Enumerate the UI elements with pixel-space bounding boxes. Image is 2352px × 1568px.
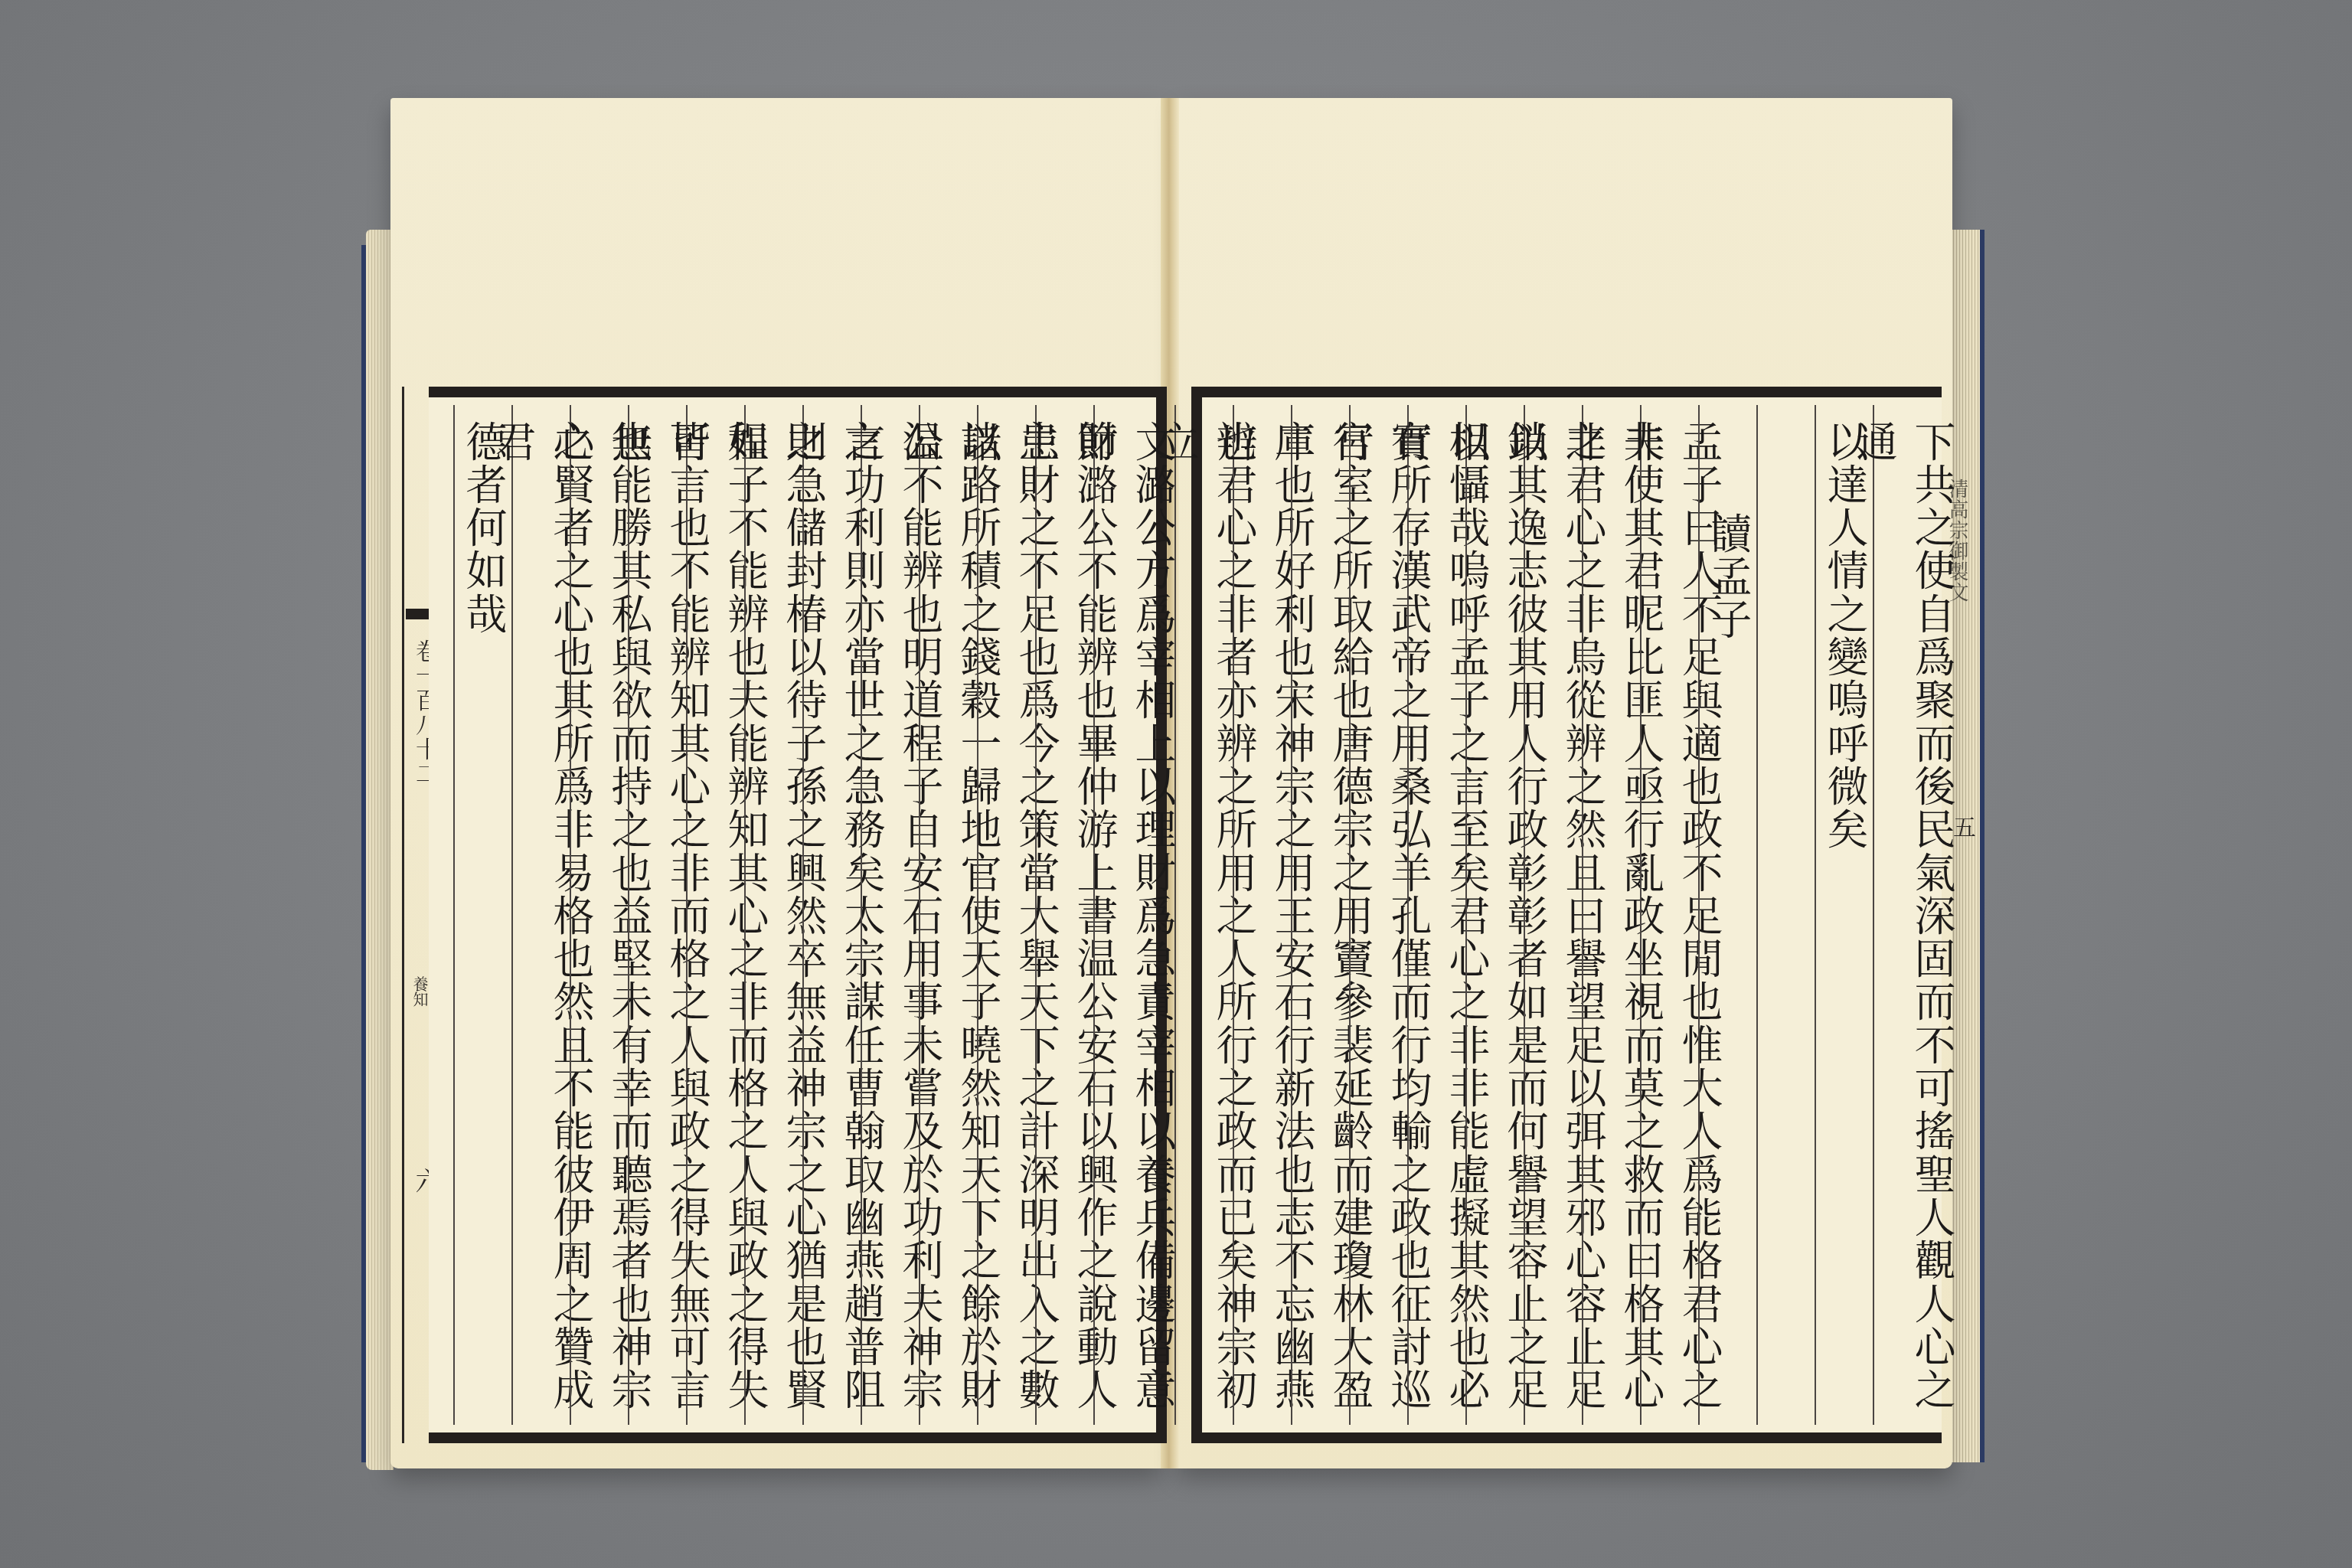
blank-column: [1756, 405, 1815, 1425]
open-book: 卷一百八十二 養知 六 文潞公方爲宰相上以理財爲急責宰相以養兵備邊留意節 財潞公…: [0, 0, 2352, 1568]
text-column: 孟子曰人不足與適也政不足閒也惟大人爲能格君心之非: [1640, 405, 1698, 1425]
right-page-margin: 清高宗御製文 五: [1942, 387, 1972, 1443]
left-text-columns: 文潞公方爲宰相上以理財爲急責宰相以養兵備邊留意節 財潞公不能辨也畢仲游上書温公安…: [453, 405, 1151, 1425]
margin-title: 清高宗御製文: [1943, 479, 1971, 603]
section-heading-column: 讀孟子: [1698, 405, 1756, 1425]
text-column: 下共之使自爲聚而後民氣深固而不可搖聖人觀人心之通: [1873, 405, 1931, 1425]
margin-section: 養知: [409, 976, 431, 1007]
cover-edge-right: [1980, 230, 1984, 1462]
right-text-frame: 下共之使自爲聚而後民氣深固而不可搖聖人觀人心之通 以達人情之變嗚呼微矣 讀孟子 …: [1191, 387, 1942, 1443]
page-stack-left: [366, 230, 394, 1470]
left-text-frame: 文潞公方爲宰相上以理財爲急責宰相以養兵備邊留意節 財潞公不能辨也畢仲游上書温公安…: [429, 387, 1167, 1443]
section-heading: 讀孟子: [1699, 420, 1757, 1425]
right-text-columns: 下共之使自爲聚而後民氣深固而不可搖聖人觀人心之通 以達人情之變嗚呼微矣 讀孟子 …: [1174, 405, 1931, 1425]
text-column: 文潞公方爲宰相上以理財爲急責宰相以養兵備邊留意節: [1093, 405, 1151, 1425]
margin-page-number: 五: [1945, 815, 1978, 838]
